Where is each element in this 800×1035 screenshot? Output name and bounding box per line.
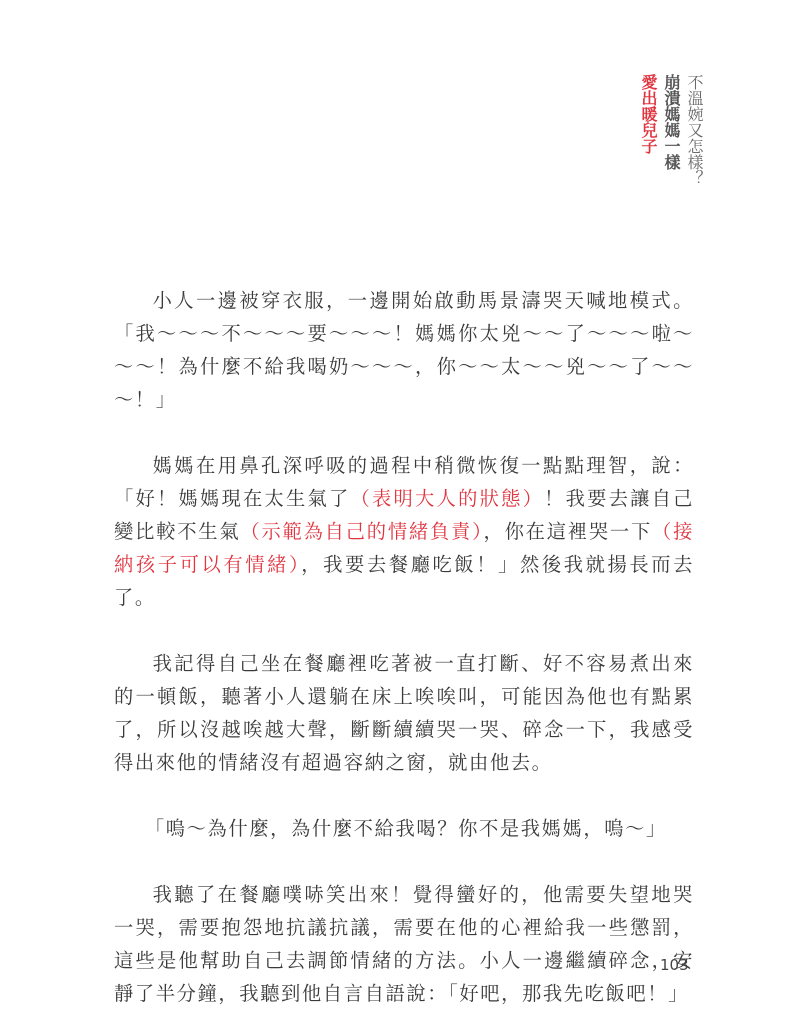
- page-body: 小人一邊被穿衣服，一邊開始啟動馬景濤哭天喊地模式。「我～～～不～～～要～～～！媽…: [114, 284, 694, 1035]
- header-title-line-3: 愛出暖兒子: [639, 74, 658, 186]
- header-title-line-1: 不溫婉又怎樣？: [685, 74, 704, 186]
- page-number: 103: [660, 956, 689, 974]
- header-title-line-2: 崩潰媽媽一樣: [662, 74, 681, 186]
- paragraph-2: 媽媽在用鼻孔深呼吸的過程中稍微恢復一點點理智，說：「好！媽媽現在太生氣了（表明大…: [114, 449, 694, 614]
- highlight-own-emotions: （示範為自己的情緒負責）: [240, 520, 483, 543]
- paragraph-2-text-3: ，你在這裡哭一下: [484, 520, 653, 543]
- highlight-adult-state: （表明大人的狀態）: [351, 487, 545, 510]
- paragraph-4-quote: 「嗚～為什麼，為什麼不給我喝？你不是我媽媽，嗚～」: [114, 812, 694, 845]
- paragraph-3: 我記得自己坐在餐廳裡吃著被一直打斷、好不容易煮出來的一頓飯，聽著小人還躺在床上唉…: [114, 647, 694, 779]
- paragraph-1: 小人一邊被穿衣服，一邊開始啟動馬景濤哭天喊地模式。「我～～～不～～～要～～～！媽…: [114, 284, 694, 416]
- running-header: 不溫婉又怎樣？ 崩潰媽媽一樣 愛出暖兒子: [373, 74, 704, 186]
- paragraph-5: 我聽了在餐廳噗哧笑出來！覺得蠻好的，他需要失望地哭一哭，需要抱怨地抗議抗議，需要…: [114, 878, 694, 1010]
